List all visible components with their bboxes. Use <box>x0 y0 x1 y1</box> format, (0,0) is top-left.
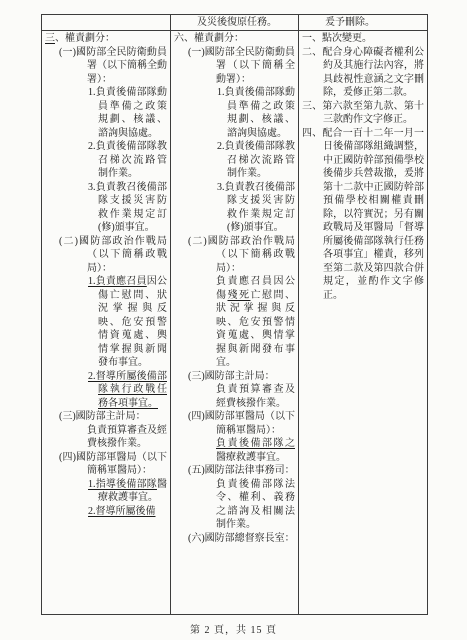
provision-text: 爰予刪除。 <box>325 17 375 28</box>
provision-text: 負責預算審查及經費核撥作業。 <box>87 425 167 450</box>
provision-text: 及災後復原任務。 <box>197 17 277 28</box>
text-block: (二)國防部政治作戰局（以下簡稱政戰局）： <box>174 235 295 276</box>
provision-text: 亡慰問、狀況掌握與反映、危安預警情資蒐處、輿情掌握與新聞發布事宜。 <box>216 290 295 369</box>
provision-text: 四、配合一百十二年一月一日後備部隊組織調整，中正國防幹部預備學校後備步兵營裁撤，… <box>302 128 424 301</box>
provision-text: (二)國防部政治作戰局（以下簡稱政戰局）： <box>59 236 167 274</box>
text-block: 六、權責劃分： <box>174 32 295 46</box>
provision-text: 3.負責教召後備部隊支援災害防救作業規定訂(修)頒事宜。 <box>88 182 167 234</box>
text-block: 一、點次變更。 <box>302 32 424 46</box>
text-block: (三)國防部主計局： <box>45 410 167 424</box>
current-carryover-cell: 及災後復原任務。 <box>171 15 299 31</box>
underlined-amendment-text: 2.督導所屬後備部隊執行政戰任務各項事宜。 <box>88 371 167 409</box>
text-block: 2.督導所屬後備部隊執行政戰任務各項事宜。 <box>45 370 167 411</box>
text-block: (二)國防部政治作戰局（以下簡稱政戰局）： <box>45 235 167 276</box>
provision-text: 3.負責教召後備部隊支援災害防救作業規定訂(修)頒事宜。 <box>217 182 295 234</box>
underlined-amendment-text: 負責後備部隊之 <box>216 438 295 449</box>
text-block: (一)國防部全民防衛動員署（以下簡稱全動署）： <box>174 46 295 87</box>
text-block: 負責後備部隊法令、權利、義務之諮詢及相關法制作業。 <box>174 478 295 532</box>
carryover-row: 及災後復原任務。 爰予刪除。 <box>42 15 428 31</box>
provision-text: (一)國防部全民防衛動員署（以下簡稱全動署）： <box>59 47 167 85</box>
provision-text: (三)國防部主計局： <box>188 371 275 382</box>
underlined-amendment-text: 2.督導所屬後備 <box>88 506 156 517</box>
provision-text: 2.負責後備部隊教召梯次流路管制作業。 <box>217 141 295 179</box>
text-block: 二、配合身心障礙者權利公約及其施行法內容，將具歧視性意涵之文字刪除，爰修正第二款… <box>302 46 424 100</box>
text-block: 三、權責劃分： <box>45 32 167 46</box>
underlined-amendment-text: 三 <box>45 33 55 44</box>
provision-text: 2.負責後備部隊教召梯次流路管制作業。 <box>88 141 167 179</box>
text-block: 1.負責應召員因公傷亡慰問、狀況掌握與反映、危安預警情資蒐處、輿情掌握與新聞發布… <box>45 275 167 370</box>
provision-text: 負責預算審查及經費核撥作業。 <box>216 384 295 409</box>
text-block: 3.負責教召後備部隊支援災害防救作業規定訂(修)頒事宜。 <box>45 181 167 235</box>
provision-text: 三、第六款至第九款、第十三款酌作文字修正。 <box>302 101 424 126</box>
text-block: 三、第六款至第九款、第十三款酌作文字修正。 <box>302 100 424 127</box>
underlined-amendment-text: 殘死 <box>228 290 251 301</box>
text-block: 2.督導所屬後備 <box>45 505 167 519</box>
text-block: (六)國防部總督察長室： <box>174 532 295 546</box>
text-block: (四)國防部軍醫局（以下簡稱軍醫局）： <box>174 410 295 437</box>
amended-carryover-cell <box>42 15 171 31</box>
provision-text: (一)國防部全民防衛動員署（以下簡稱全動署）： <box>188 47 295 85</box>
provision-text: (四)國防部軍醫局（以下簡稱軍醫局）： <box>59 452 167 477</box>
text-block: 1.負責後備部隊動員準備之政策規劃、核議、諮詢與協處。 <box>45 86 167 140</box>
underlined-amendment-text: 1.負責應召員 <box>88 276 147 287</box>
provision-text: (三)國防部主計局： <box>59 411 146 422</box>
provision-text: 因公傷亡慰問、狀況掌握與反映、危安預警情資蒐處、輿情掌握與新聞發布事宜。 <box>98 276 167 368</box>
provision-text: 1.負責後備部隊動員準備之政策規劃、核議、諮詢與協處。 <box>88 87 167 139</box>
text-block: (三)國防部主計局： <box>174 370 295 384</box>
amendment-comparison-table: 及災後復原任務。 爰予刪除。 三、權責劃分：(一)國防部全民防衛動員署（以下簡稱… <box>41 14 428 615</box>
text-block: (四)國防部軍醫局（以下簡稱軍醫局）： <box>45 451 167 478</box>
text-block: 爰予刪除。 <box>302 16 424 30</box>
text-block: 1.指導後備部隊醫療救護事宜。 <box>45 478 167 505</box>
main-row: 三、權責劃分：(一)國防部全民防衛動員署（以下簡稱全動署）：1.負責後備部隊動員… <box>42 31 428 615</box>
provision-text: (二)國防部政治作戰局（以下簡稱政戰局）： <box>188 236 295 274</box>
explanation-carryover-cell: 爰予刪除。 <box>299 15 428 31</box>
provision-text: 、權責劃分： <box>55 33 115 44</box>
current-provision-cell: 六、權責劃分：(一)國防部全民防衛動員署（以下簡稱全動署）：1.負責後備部隊動員… <box>171 31 299 615</box>
text-block: 負責後備部隊之醫療救護事宜。 <box>174 437 295 464</box>
provision-text: 醫療救護事宜。 <box>216 452 286 463</box>
text-block: 四、配合一百十二年一月一日後備部隊組織調整，中正國防幹部預備學校後備步兵營裁撤，… <box>302 127 424 303</box>
provision-text: 1.負責後備部隊動員準備之政策規劃、核議、諮詢與協處。 <box>217 87 295 139</box>
text-block: (一)國防部全民防衛動員署（以下簡稱全動署）： <box>45 46 167 87</box>
text-block: 負責應召員因公傷殘死亡慰問、狀況掌握與反映、危安預警情資蒐處、輿情掌握與新聞發布… <box>174 275 295 370</box>
text-block: 3.負責教召後備部隊支援災害防救作業規定訂(修)頒事宜。 <box>174 181 295 235</box>
provision-text: 一、點次變更。 <box>302 33 372 44</box>
text-block: 負責預算審查及經費核撥作業。 <box>174 383 295 410</box>
document-page: 及災後復原任務。 爰予刪除。 三、權責劃分：(一)國防部全民防衛動員署（以下簡稱… <box>0 0 467 640</box>
text-block: 負責預算審查及經費核撥作業。 <box>45 424 167 451</box>
text-block: 2.負責後備部隊教召梯次流路管制作業。 <box>174 140 295 181</box>
page-number: 第 2 頁，共 15 頁 <box>0 621 467 636</box>
provision-text: 六、權責劃分： <box>174 33 244 44</box>
provision-text: 負責後備部隊法令、權利、義務之諮詢及相關法制作業。 <box>216 479 295 531</box>
text-block: (五)國防部法律事務司： <box>174 464 295 478</box>
amended-provision-cell: 三、權責劃分：(一)國防部全民防衛動員署（以下簡稱全動署）：1.負責後備部隊動員… <box>42 31 171 615</box>
text-block: 及災後復原任務。 <box>174 16 295 30</box>
provision-text: 二、配合身心障礙者權利公約及其施行法內容，將具歧視性意涵之文字刪除，爰修正第二款… <box>302 47 424 99</box>
provision-text: (四)國防部軍醫局（以下簡稱軍醫局）： <box>188 411 295 436</box>
explanation-cell: 一、點次變更。二、配合身心障礙者權利公約及其施行法內容，將具歧視性意涵之文字刪除… <box>299 31 428 615</box>
provision-text: (五)國防部法律事務司： <box>188 465 295 476</box>
text-block: 1.負責後備部隊動員準備之政策規劃、核議、諮詢與協處。 <box>174 86 295 140</box>
underlined-amendment-text: 1.指導後備部隊 <box>88 479 157 490</box>
provision-text: (六)國防部總督察長室： <box>188 533 295 544</box>
text-block: 2.負責後備部隊教召梯次流路管制作業。 <box>45 140 167 181</box>
